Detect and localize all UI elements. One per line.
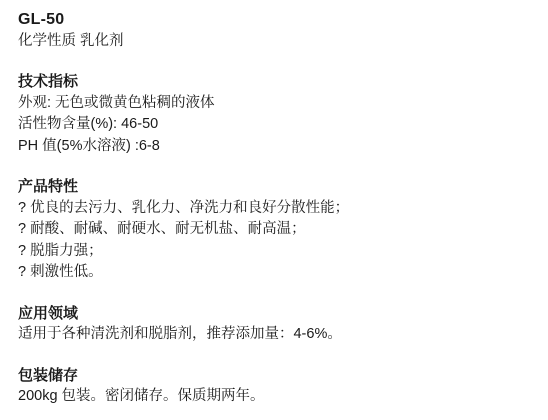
feature-item: ? 优良的去污力、乳化力、净洗力和良好分散性能； [18, 198, 530, 220]
spec-active-content: 活性物含量(%): 46-50 [18, 114, 530, 136]
feature-item: ? 耐酸、耐碱、耐硬水、耐无机盐、耐高温； [18, 219, 530, 241]
section-packaging-storage: 包装储存 200kg 包装。密闭储存。保质期两年。 [18, 365, 530, 408]
application-description: 适用于各种清洗剂和脱脂剂，推荐添加量：4-6%。 [18, 324, 530, 346]
section-application-areas: 应用领域 适用于各种清洗剂和脱脂剂，推荐添加量：4-6%。 [18, 303, 530, 346]
section-product-features: 产品特性 ? 优良的去污力、乳化力、净洗力和良好分散性能； ? 耐酸、耐碱、耐硬… [18, 176, 530, 284]
feature-item: ? 脱脂力强； [18, 241, 530, 263]
section-heading-application-areas: 应用领域 [18, 303, 530, 325]
feature-item: ? 刺激性低。 [18, 262, 530, 284]
section-heading-product-features: 产品特性 [18, 176, 530, 198]
section-heading-technical-specs: 技术指标 [18, 71, 530, 93]
section-heading-packaging-storage: 包装储存 [18, 365, 530, 387]
section-technical-specs: 技术指标 外观: 无色或微黄色粘稠的液体 活性物含量(%): 46-50 PH … [18, 71, 530, 157]
packaging-description: 200kg 包装。密闭储存。保质期两年。 [18, 386, 530, 408]
product-datasheet: GL-50 化学性质 乳化剂 技术指标 外观: 无色或微黄色粘稠的液体 活性物含… [0, 0, 548, 408]
spec-appearance: 外观: 无色或微黄色粘稠的液体 [18, 93, 530, 115]
spec-ph-value: PH 值(5%水溶液) :6-8 [18, 136, 530, 158]
product-subtitle: 化学性质 乳化剂 [18, 31, 530, 53]
product-title: GL-50 [18, 9, 530, 31]
